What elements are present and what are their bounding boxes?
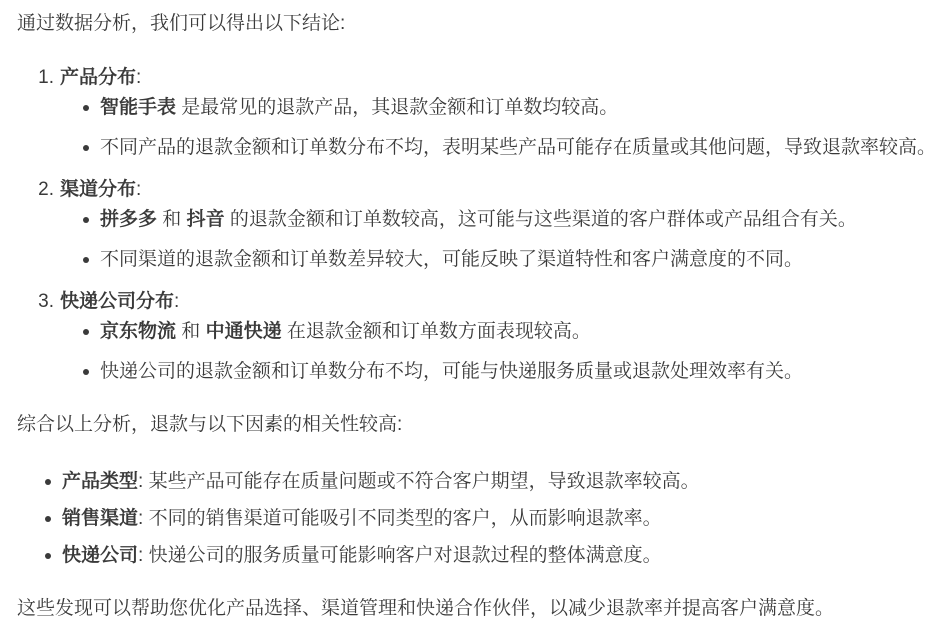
factor-text: 快递公司: 快递公司的服务质量可能影响客户对退款过程的整体满意度。 [62,545,662,566]
list-number: 1. [38,64,54,92]
factor-text: 销售渠道: 不同的销售渠道可能吸引不同类型的客户，从而影响退款率。 [62,508,662,529]
bullet-text: 拼多多 和 抖音 的退款金额和订单数较高，这可能与这些渠道的客户群体或产品组合有… [100,209,857,230]
bullet-item: 不同产品的退款金额和订单数分布不均，表明某些产品可能存在质量或其他问题，导致退款… [100,134,941,162]
summary-paragraph: 综合以上分析，退款与以下因素的相关性较高: [17,411,941,439]
list-number: 3. [38,288,54,316]
factors-list: 产品类型: 某些产品可能存在质量问题或不符合客户期望，导致退款率较高。 销售渠道… [17,468,941,570]
bullet-marker [83,369,89,375]
bullet-item: 不同渠道的退款金额和订单数差异较大，可能反映了渠道特性和客户满意度的不同。 [100,246,941,274]
bullet-marker [83,257,89,263]
factor-item: 销售渠道: 不同的销售渠道可能吸引不同类型的客户，从而影响退款率。 [62,505,941,533]
bullet-marker [83,217,89,223]
bullet-item: 拼多多 和 抖音 的退款金额和订单数较高，这可能与这些渠道的客户群体或产品组合有… [100,206,941,234]
conclusion-bullet-list: 智能手表 是最常见的退款产品，其退款金额和订单数均较高。 不同产品的退款金额和订… [60,94,941,162]
list-number: 2. [38,176,54,204]
intro-paragraph: 通过数据分析，我们可以得出以下结论: [17,10,941,38]
conclusion-bullet-list: 京东物流 和 中通快递 在退款金额和订单数方面表现较高。 快递公司的退款金额和订… [60,318,941,386]
bullet-item: 快递公司的退款金额和订单数分布不均，可能与快递服务质量或退款处理效率有关。 [100,358,941,386]
bullet-item: 京东物流 和 中通快递 在退款金额和订单数方面表现较高。 [100,318,941,346]
factor-item: 快递公司: 快递公司的服务质量可能影响客户对退款过程的整体满意度。 [62,542,941,570]
conclusion-item-couriers: 3. 快递公司分布: 京东物流 和 中通快递 在退款金额和订单数方面表现较高。 … [60,288,941,386]
bullet-marker [83,145,89,151]
closing-paragraph: 这些发现可以帮助您优化产品选择、渠道管理和快递合作伙伴，以减少退款率并提高客户满… [17,595,941,623]
bullet-marker [45,553,51,559]
conclusion-title: 渠道分布: [60,179,141,200]
bullet-text: 京东物流 和 中通快递 在退款金额和订单数方面表现较高。 [100,321,591,342]
bullet-marker [83,329,89,335]
bullet-text: 智能手表 是最常见的退款产品，其退款金额和订单数均较高。 [100,97,618,118]
bullet-marker [45,479,51,485]
analysis-report: 通过数据分析，我们可以得出以下结论: 1. 产品分布: 智能手表 是最常见的退款… [0,0,945,636]
factor-item: 产品类型: 某些产品可能存在质量问题或不符合客户期望，导致退款率较高。 [62,468,941,496]
bullet-text: 不同产品的退款金额和订单数分布不均，表明某些产品可能存在质量或其他问题，导致退款… [100,137,936,158]
conclusion-title: 快递公司分布: [60,291,179,312]
bullet-text: 不同渠道的退款金额和订单数差异较大，可能反映了渠道特性和客户满意度的不同。 [100,249,803,270]
bullet-marker [45,516,51,522]
bullet-marker [83,105,89,111]
conclusion-title: 产品分布: [60,67,141,88]
factor-text: 产品类型: 某些产品可能存在质量问题或不符合客户期望，导致退款率较高。 [62,471,700,492]
bullet-text: 快递公司的退款金额和订单数分布不均，可能与快递服务质量或退款处理效率有关。 [100,361,803,382]
conclusions-list: 1. 产品分布: 智能手表 是最常见的退款产品，其退款金额和订单数均较高。 不同… [17,64,941,386]
bullet-item: 智能手表 是最常见的退款产品，其退款金额和订单数均较高。 [100,94,941,122]
conclusion-item-products: 1. 产品分布: 智能手表 是最常见的退款产品，其退款金额和订单数均较高。 不同… [60,64,941,162]
conclusion-item-channels: 2. 渠道分布: 拼多多 和 抖音 的退款金额和订单数较高，这可能与这些渠道的客… [60,176,941,274]
conclusion-bullet-list: 拼多多 和 抖音 的退款金额和订单数较高，这可能与这些渠道的客户群体或产品组合有… [60,206,941,274]
